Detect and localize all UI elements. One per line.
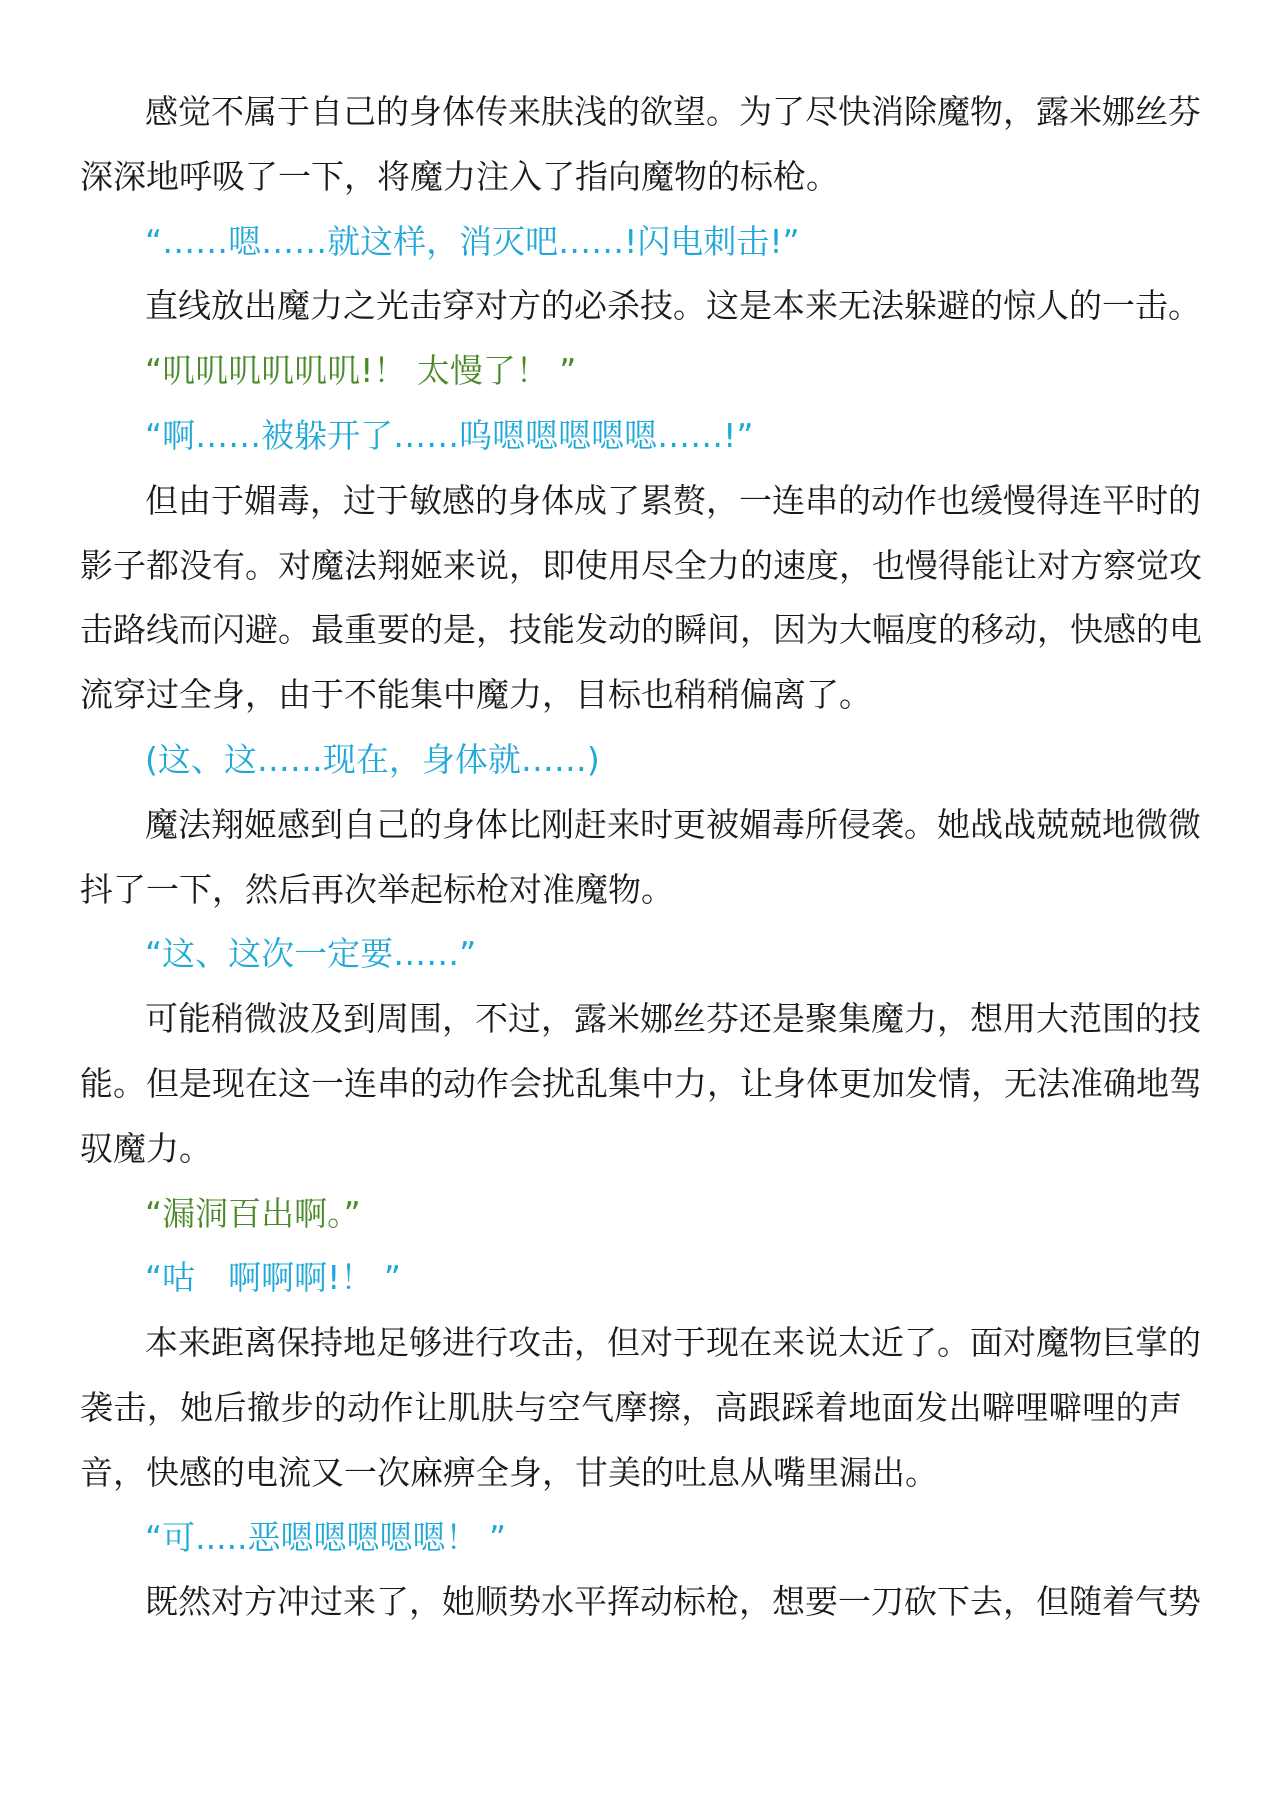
thought-line: (这、这……现在，身体就……): [80, 732, 1182, 797]
text-line: 感觉不属于自己的身体传来肤浅的欲望。为了尽快消除魔物，露米娜丝芬: [80, 84, 1182, 149]
text-line: 既然对方冲过来了，她顺势水平挥动标枪，想要一刀砍下去，但随着气势: [80, 1574, 1182, 1639]
text-line: 影子都没有。对魔法翔姬来说，即使用尽全力的速度，也慢得能让对方察觉攻: [80, 538, 1182, 603]
text-line: 抖了一下，然后再次举起标枪对准魔物。: [80, 862, 1182, 927]
dialogue-line: “可.....恶嗯嗯嗯嗯嗯！ ”: [80, 1510, 1182, 1575]
text-line: 直线放出魔力之光击穿对方的必杀技。这是本来无法躲避的惊人的一击。: [80, 278, 1182, 343]
text-line: 击路线而闪避。最重要的是，技能发动的瞬间，因为大幅度的移动，快感的电: [80, 602, 1182, 667]
text-line: 魔法翔姬感到自己的身体比刚赶来时更被媚毒所侵袭。她战战兢兢地微微: [80, 797, 1182, 862]
dialogue-line: “叽叽叽叽叽叽!！ 太慢了！ ”: [80, 343, 1182, 408]
dialogue-line: “咕 啊啊啊!！ ”: [80, 1250, 1182, 1315]
text-line: 能。但是现在这一连串的动作会扰乱集中力，让身体更加发情，无法准确地驾: [80, 1056, 1182, 1121]
text-line: 可能稍微波及到周围，不过，露米娜丝芬还是聚集魔力，想用大范围的技: [80, 991, 1182, 1056]
text-line: 但由于媚毒，过于敏感的身体成了累赘，一连串的动作也缓慢得连平时的: [80, 473, 1182, 538]
document-page: 感觉不属于自己的身体传来肤浅的欲望。为了尽快消除魔物，露米娜丝芬 深深地呼吸了一…: [80, 84, 1182, 1639]
text-line: 本来距离保持地足够进行攻击，但对于现在来说太近了。面对魔物巨掌的: [80, 1315, 1182, 1380]
dialogue-line: “这、这次一定要……”: [80, 926, 1182, 991]
dialogue-line: “漏洞百出啊。”: [80, 1186, 1182, 1251]
text-line: 袭击，她后撤步的动作让肌肤与空气摩擦，高跟踩着地面发出噼哩噼哩的声: [80, 1380, 1182, 1445]
dialogue-line: “啊……被躲开了……呜嗯嗯嗯嗯嗯……!”: [80, 408, 1182, 473]
text-line: 驭魔力。: [80, 1121, 1182, 1186]
dialogue-line: “……嗯……就这样，消灭吧……!闪电刺击!”: [80, 214, 1182, 279]
text-line: 流穿过全身，由于不能集中魔力，目标也稍稍偏离了。: [80, 667, 1182, 732]
text-line: 音，快感的电流又一次麻痹全身，甘美的吐息从嘴里漏出。: [80, 1445, 1182, 1510]
text-line: 深深地呼吸了一下，将魔力注入了指向魔物的标枪。: [80, 149, 1182, 214]
